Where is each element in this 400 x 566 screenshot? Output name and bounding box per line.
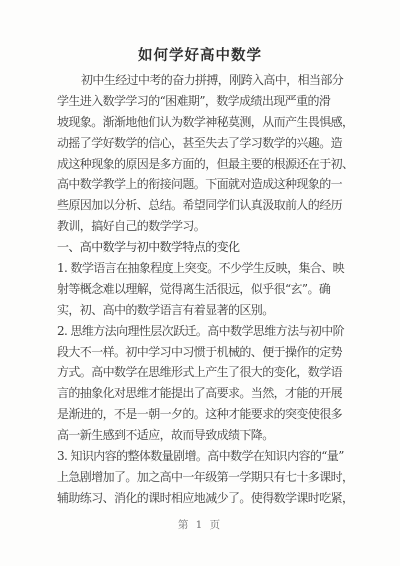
text-line: 上急剧增加了。加之高中一年级第一学期只有七十多课时， [57,467,345,488]
document-lines: 初中生经过中考的奋力拼搏，刚跨入高中，相当部分学生进入数学学习的“困难期”，数学… [57,70,345,509]
text-line: 1. 数学语言在抽象程度上突变。不少学生反映，集合、映 [57,258,345,279]
text-line: 2. 思维方法向理性层次跃迁。高中数学思维方法与初中阶 [57,321,345,342]
page-title: 如何学好高中数学 [0,44,400,65]
document-page: 如何学好高中数学 初中生经过中考的奋力拼搏，刚跨入高中，相当部分学生进入数学学习… [0,0,400,566]
text-line: 是渐进的，不是一朝一夕的。这种才能要求的突变使很多 [57,404,345,425]
text-line: 教训，搞好自己的数学学习。 [57,216,345,237]
text-line: 实，初、高中的数学语言有着显著的区别。 [57,300,345,321]
text-line: 3. 知识内容的整体数量剧增。高中数学在知识内容的“量” [57,446,345,467]
text-line: 高一新生感到不适应，故而导致成绩下降。 [57,425,345,446]
text-line: 学生进入数学学习的“困难期”，数学成绩出现严重的滑 [57,91,345,112]
text-line: 些原因加以分析、总结。希望同学们认真汲取前人的经历 [57,195,345,216]
text-line: 动摇了学好数学的信心，甚至失去了学习数学的兴趣。造 [57,133,345,154]
text-line: 成这种现象的原因是多方面的，但最主要的根源还在于初、 [57,154,345,175]
text-line: 辅助练习、消化的课时相应地减少了。使得数学课时吃紧， [57,488,345,509]
section-heading: 一、高中数学与初中数学特点的变化 [57,237,345,258]
text-line: 方式。高中数学在思维形式上产生了很大的变化，数学语 [57,362,345,383]
text-line: 高中数学教学上的衔接问题。下面就对造成这种现象的一 [57,174,345,195]
text-line: 射等概念难以理解，觉得离生活很远，似乎很“玄”。确 [57,279,345,300]
text-line: 言的抽象化对思维才能提出了高要求。当然，才能的开展 [57,383,345,404]
text-line: 段大不一样。初中学习中习惯于机械的、便于操作的定势 [57,342,345,363]
text-line: 坡现象。渐渐地他们认为数学神秘莫测，从而产生畏惧感， [57,112,345,133]
text-line: 初中生经过中考的奋力拼搏，刚跨入高中，相当部分 [57,70,345,91]
page-number: 第 1 页 [0,517,400,532]
